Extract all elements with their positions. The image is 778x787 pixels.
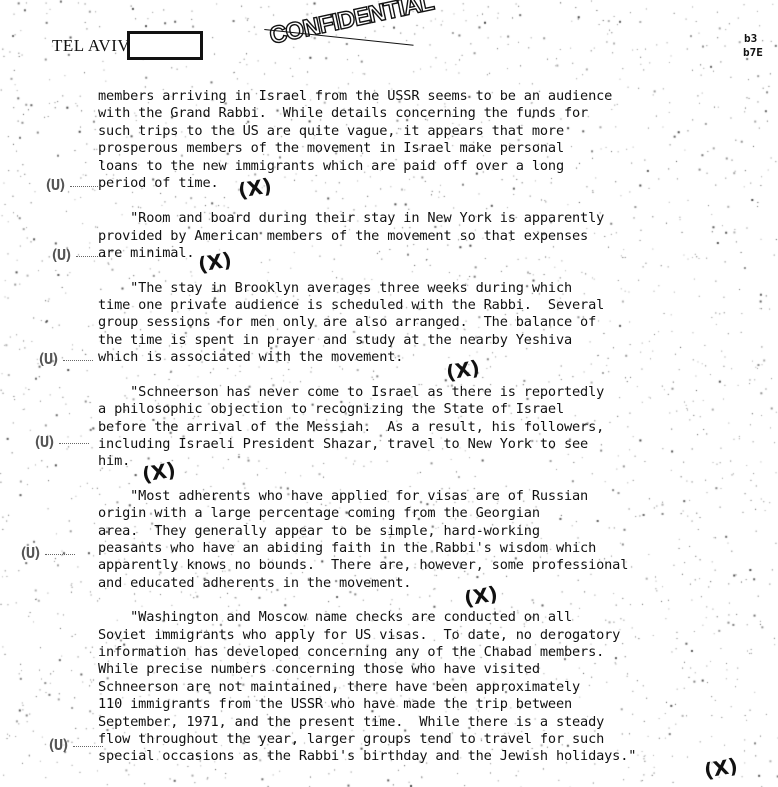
paragraph-2: "Room and board during their stay in New… <box>98 210 698 262</box>
text-line: "Most adherents who have applied for vis… <box>98 488 698 505</box>
text-line: him. <box>98 453 698 470</box>
text-line: "Room and board during their stay in New… <box>98 210 698 227</box>
text-line: loans to the new immigrants which are pa… <box>98 158 698 175</box>
text-line: such trips to the US are quite vague, it… <box>98 123 698 140</box>
header-city: TEL AVIV. <box>52 36 133 56</box>
classification-mark-u: (U) <box>37 350 58 368</box>
text-line: information has developed concerning any… <box>98 644 698 661</box>
handwritten-x-mark: (X) <box>446 358 480 382</box>
paragraph-5: "Most adherents who have applied for vis… <box>98 488 698 592</box>
text-line: with the Grand Rabbi. While details conc… <box>98 105 698 122</box>
paragraph-3: "The stay in Brooklyn averages three wee… <box>98 280 698 367</box>
text-line: 110 immigrants from the USSR who have ma… <box>98 696 698 713</box>
handwritten-x-mark: (X) <box>142 460 176 484</box>
text-line: flow throughout the year, larger groups … <box>98 731 698 748</box>
text-line: origin with a large percentage coming fr… <box>98 505 698 522</box>
text-line: special occasions as the Rabbi's birthda… <box>98 748 698 765</box>
classification-mark-u: (U) <box>44 176 65 194</box>
stamp-text: CONFIDENTIAL <box>267 0 410 52</box>
text-line: Schneerson are not maintained, there hav… <box>98 679 698 696</box>
text-line: "Schneerson has never come to Israel as … <box>98 384 698 401</box>
text-line: the time is spent in prayer and study at… <box>98 332 698 349</box>
text-line: members arriving in Israel from the USSR… <box>98 88 698 105</box>
exemption-b3: b3 <box>744 32 763 46</box>
handwritten-x-mark: (X) <box>198 250 232 274</box>
text-line: period of time. <box>98 175 698 192</box>
text-line: area. They generally appear to be simple… <box>98 523 698 540</box>
text-line: peasants who have an abiding faith in th… <box>98 540 698 557</box>
text-line: "The stay in Brooklyn averages three wee… <box>98 280 698 297</box>
exemption-b7e: b7E <box>743 46 763 60</box>
text-line: Soviet immigrants who apply for US visas… <box>98 627 698 644</box>
redaction-box <box>127 31 203 60</box>
text-line: before the arrival of the Messiah. As a … <box>98 419 698 436</box>
text-line: September, 1971, and the present time. W… <box>98 714 698 731</box>
text-line: which is associated with the movement. <box>98 349 698 366</box>
text-line: and educated adherents in the movement. <box>98 575 698 592</box>
classification-mark-u: (U) <box>19 544 40 562</box>
text-line: While precise numbers concerning those w… <box>98 661 698 678</box>
exemption-codes: b3 b7E <box>744 32 763 60</box>
text-line: time one private audience is scheduled w… <box>98 297 698 314</box>
document-body: members arriving in Israel from the USSR… <box>98 88 698 783</box>
text-line: group sessions for men only are also arr… <box>98 314 698 331</box>
text-line: "Washington and Moscow name checks are c… <box>98 609 698 626</box>
text-line: provided by American members of the move… <box>98 228 698 245</box>
city-name: TEL AVIV <box>52 36 128 55</box>
text-line: a philosophic objection to recognizing t… <box>98 401 698 418</box>
text-line: prosperous members of the movement in Is… <box>98 140 698 157</box>
handwritten-x-mark: (X) <box>238 176 272 200</box>
text-line: including Israeli President Shazar, trav… <box>98 436 698 453</box>
classification-mark-u: (U) <box>50 246 71 264</box>
handwritten-x-mark: (X) <box>704 756 738 780</box>
classification-mark-u: (U) <box>33 433 54 451</box>
paragraph-1: members arriving in Israel from the USSR… <box>98 88 698 192</box>
text-line: apparently knows no bounds. There are, h… <box>98 557 698 574</box>
classification-mark-u: (U) <box>47 736 68 754</box>
handwritten-x-mark: (X) <box>464 584 498 608</box>
confidential-stamp: CONFIDENTIAL <box>267 0 410 52</box>
paragraph-6: "Washington and Moscow name checks are c… <box>98 609 698 766</box>
text-line: are minimal. <box>98 245 698 262</box>
paragraph-4: "Schneerson has never come to Israel as … <box>98 384 698 471</box>
